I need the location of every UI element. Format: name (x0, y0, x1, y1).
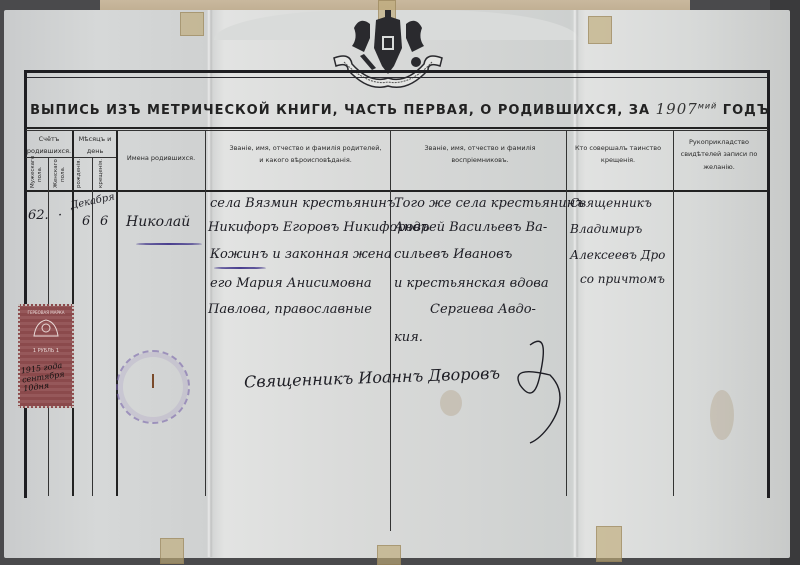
tape-top-right (588, 16, 612, 44)
godparents-line-5: Сергиева Авдо- (430, 302, 536, 317)
parents-line-4: его Мария Анисимовна (210, 276, 372, 291)
seal-mark (152, 374, 154, 388)
col-line-6 (390, 131, 391, 531)
crown-icon (32, 316, 60, 338)
entry-birth-day: 6 (82, 214, 90, 229)
godparents-line-2: Андрей Васильевъ Ва- (394, 220, 547, 235)
header-date-baptism: крещенія. (98, 160, 110, 188)
signature-flourish (490, 335, 570, 445)
header-date-birth: рожденія. (76, 160, 88, 188)
parish-seal (116, 350, 190, 424)
parents-line-1: села Вязмин крестьянинъ (210, 196, 395, 211)
title-year-suffix: мий (698, 102, 717, 111)
header-date: Мѣсяцъ и день (74, 133, 116, 158)
header-count-female: Женскаго пола. (53, 160, 67, 188)
priest-line-3: Алексеевъ Дро (570, 248, 665, 262)
surname-underline (214, 267, 266, 269)
godparents-line-1: Того же села крестьянинъ (394, 196, 584, 211)
header-count: Счётъ родившихся. (26, 133, 72, 158)
col-line-5 (205, 131, 206, 496)
tape-top-left (180, 12, 204, 36)
priest-line-2: Владимиръ (570, 222, 642, 236)
title-year-word: ГОДЪ (723, 103, 770, 118)
revenue-stamp: ГЕРБОВАЯ МАРКА 1 РУБЛЬ 1 1915 года сентя… (18, 304, 74, 408)
header-name: Имена родившихся. (118, 152, 204, 164)
godparents-line-3: сильевъ Ивановъ (394, 247, 512, 262)
document-title: ВЫПИСЬ ИЗЪ МЕТРИЧЕСКОЙ КНИГИ, ЧАСТЬ ПЕРВ… (0, 100, 800, 118)
stamp-cancellation: 1915 года сентября 10дня (20, 361, 73, 394)
entry-baptism-day: 6 (100, 214, 108, 229)
col-line-3 (92, 158, 93, 496)
parents-line-3: Кожинъ и законная жена (210, 247, 392, 262)
stain (440, 390, 462, 416)
header-top-rule-thin (26, 130, 768, 131)
tape-bottom-left (160, 538, 184, 564)
header-bottom-rule (26, 190, 768, 192)
header-top-rule (26, 127, 768, 129)
header-priest: Кто совершалъ таинство крещенія. (568, 142, 668, 167)
col-line-8 (673, 131, 674, 496)
godparents-line-6: кия. (394, 330, 423, 345)
tape-bottom-right (596, 526, 622, 562)
header-count-male: Мужескаго пола. (30, 160, 44, 188)
godparents-line-4: и крестьянская вдова (394, 276, 549, 291)
header-godparents: Званіе, имя, отчество и фамилія воспріем… (410, 142, 550, 167)
tape-bottom-center (377, 545, 401, 565)
header-witnesses: Рукоприкладство свидѣтелей записи по жел… (676, 136, 762, 173)
stamp-header: ГЕРБОВАЯ МАРКА (20, 310, 72, 315)
priest-line-4: со причтомъ (580, 272, 665, 286)
header-parents: Званіе, имя, отчество и фамилія родителе… (228, 142, 383, 167)
title-year: 1907 (656, 100, 698, 118)
col-line-4 (116, 131, 118, 496)
entry-number: 62. (28, 208, 49, 223)
entry-child-name: Николай (126, 214, 190, 230)
priest-line-1: Священникъ (570, 196, 652, 210)
name-underline (136, 243, 202, 245)
entry-female-mark: · (58, 208, 62, 223)
stain (710, 390, 734, 440)
parents-line-5: Павлова, православные (208, 302, 372, 317)
title-text: ВЫПИСЬ ИЗЪ МЕТРИЧЕСКОЙ КНИГИ, ЧАСТЬ ПЕРВ… (30, 103, 650, 118)
stamp-value: 1 РУБЛЬ 1 (20, 348, 72, 354)
